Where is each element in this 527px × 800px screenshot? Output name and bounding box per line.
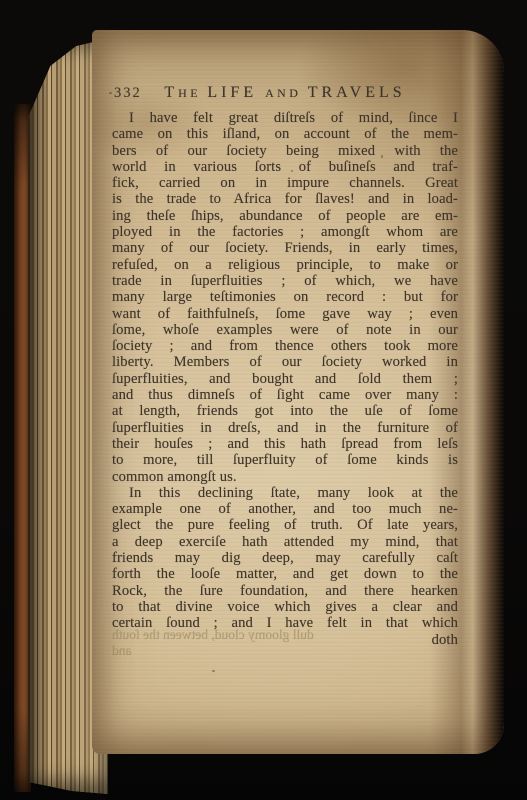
text-line: ſome, whoſe examples were of note in our xyxy=(112,322,458,338)
text-line: at length, friends got into the uſe of ſ… xyxy=(112,403,458,419)
text-line: forth the looſe matter, and get down to … xyxy=(112,566,458,582)
text-line: glect the pure feeling of truth. Of late… xyxy=(112,517,458,533)
body-text: I have felt great diſtreſs of mind, ſinc… xyxy=(112,110,458,632)
running-title-segment: T xyxy=(164,84,178,101)
text-line: refuſed, on a religious principle, to ma… xyxy=(112,257,458,273)
text-line: many of our ſociety. Friends, in early t… xyxy=(112,240,458,256)
text-line: I have felt great diſtreſs of mind, ſinc… xyxy=(112,110,458,126)
text-line: came on this iſland, on account of the m… xyxy=(112,126,458,142)
text-line: trade in ſuperfluities ; of which, we ha… xyxy=(112,273,458,289)
text-line: ployed in the factories ; amongſt whom a… xyxy=(112,224,458,240)
catchword: doth xyxy=(112,632,458,648)
text-line: fick, carried on in impure channels. Gre… xyxy=(112,175,458,191)
text-line: world in various ſorts of buſineſs and t… xyxy=(112,159,458,175)
text-line: many large teſtimonies on record : but f… xyxy=(112,289,458,305)
text-line: common amongſt us. xyxy=(112,469,458,485)
running-title: THE LIFE AND TRAVELS xyxy=(112,84,458,102)
text-line: and thus dimneſs of ſight came over many… xyxy=(112,387,458,403)
printed-text-block: 332 THE LIFE AND TRAVELS I have felt gre… xyxy=(112,84,458,648)
running-title-segment: HE xyxy=(178,86,207,100)
text-line: friends may dig deep, may carefully caſt xyxy=(112,550,458,566)
text-line: bers of our ſociety being mixed with the xyxy=(112,143,458,159)
text-line: Rock, the ſure foundation, and there hea… xyxy=(112,583,458,599)
text-line: their houſes ; and this hath ſpread from… xyxy=(112,436,458,452)
text-line: liberty. Members of our ſociety worked i… xyxy=(112,354,458,370)
running-title-segment: TRAVELS xyxy=(308,84,406,101)
text-line: to that divine voice which gives a clear… xyxy=(112,599,458,615)
text-line: In this declining ſtate, many look at th… xyxy=(112,485,458,501)
text-line: to more, till ſuperfluity of ſome kinds … xyxy=(112,452,458,468)
running-title-segment: AND xyxy=(265,86,308,100)
running-title-segment: LIFE xyxy=(207,84,265,101)
text-line: a deep exerciſe hath attended my mind, t… xyxy=(112,534,458,550)
book-scan: 332 THE LIFE AND TRAVELS I have felt gre… xyxy=(0,0,527,800)
text-line: certain ſound ; and I have felt in that … xyxy=(112,615,458,631)
text-line: ſuperfluities in dreſs, and in the furni… xyxy=(112,420,458,436)
text-line: ing theſe ſhips, abundance of people are… xyxy=(112,208,458,224)
running-header: 332 THE LIFE AND TRAVELS xyxy=(112,84,458,104)
text-line: ſociety ; and from thence others took mo… xyxy=(112,338,458,354)
text-line: is the trade to Africa for ſlaves! and i… xyxy=(112,191,458,207)
text-line: want of faithfulneſs, ſome gave way ; ev… xyxy=(112,306,458,322)
text-line: example one of another, and too much ne- xyxy=(112,501,458,517)
text-line: ſuperfluities, and bought and ſold them … xyxy=(112,371,458,387)
